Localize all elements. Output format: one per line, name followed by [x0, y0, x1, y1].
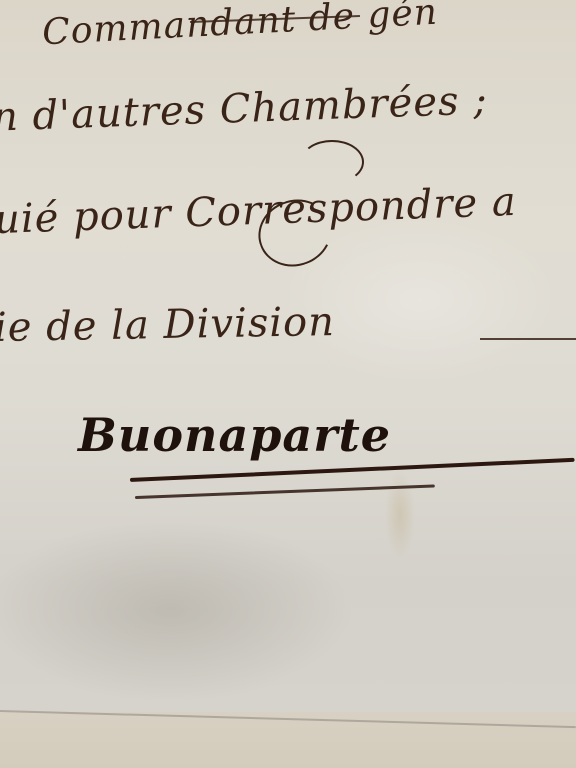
paper-stain: [385, 470, 415, 560]
ink-stroke: [480, 338, 576, 340]
ink-flourish: [300, 140, 364, 184]
table-surface: [0, 712, 576, 768]
signature: Buonaparte: [78, 408, 391, 462]
handwritten-line-4: ie de la Division: [0, 299, 335, 351]
